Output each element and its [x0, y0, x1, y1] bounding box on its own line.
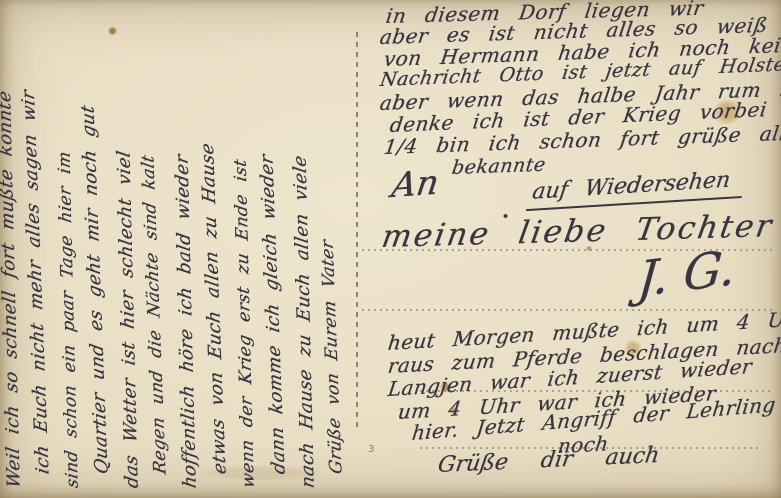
postcard-scan: Weil ich so schnell fort mußte konnte ic… — [0, 0, 781, 498]
farewell-underlined: auf Wiedersehen — [526, 167, 746, 211]
printed-page-number: 3 — [368, 444, 374, 455]
handwritten-line: bekannte — [450, 154, 547, 179]
signature-flourish: J. G. — [636, 240, 738, 309]
address-dotted-line — [362, 309, 772, 311]
left-message-panel-rotated: Weil ich so schnell fort mußte konnte ic… — [0, 0, 356, 498]
address-an-word: An — [389, 163, 441, 207]
postcard-center-divider — [356, 32, 358, 428]
